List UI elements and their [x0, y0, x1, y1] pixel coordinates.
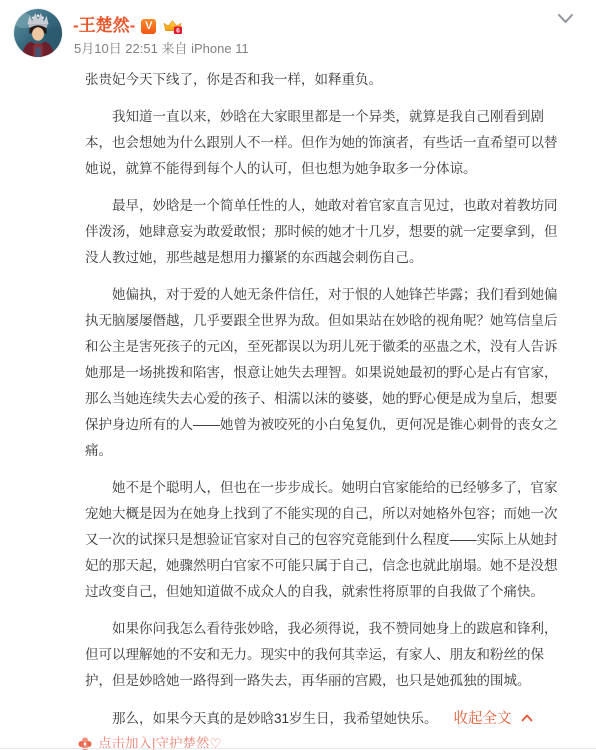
post-paragraph: 那么，如果今天真的是妙晗31岁生日，我希望她快乐。收起全文 [85, 705, 570, 732]
divider [0, 748, 596, 749]
post-meta: 5月10日 22:51 来自 iPhone 11 [74, 41, 249, 56]
user-line: -王楚然- V 6 [73, 15, 183, 37]
avatar-portrait-image [14, 9, 62, 57]
svg-text:6: 6 [176, 27, 180, 34]
collapse-full-text-link[interactable]: 收起全文 [454, 711, 533, 727]
post-paragraph: 我知道一直以来，妙晗在大家眼里都是一个异类，就算是我自己刚看到剧本，也会想她为什… [85, 104, 570, 182]
post-paragraph: 她偏执，对于爱的人她无条件信任，对于恨的人她锋芒毕露；我们看到她偏执无脑屡屡僭越… [85, 282, 570, 464]
post-paragraph: 最早，妙晗是一个简单任性的人，她敢对着官家直言见过，也敢对着教坊同伴泼汤，她肆意… [85, 193, 570, 271]
post-paragraph-text: 那么，如果今天真的是妙晗31岁生日，我希望她快乐。 [85, 711, 438, 726]
source-prefix: 来自 [161, 41, 187, 56]
chevron-up-icon [521, 710, 533, 726]
weibo-post-card: -王楚然- V 6 5月10日 22:51 来自 [0, 0, 596, 750]
vip-crown-level-icon: 6 [162, 18, 183, 35]
chevron-down-icon[interactable] [557, 12, 574, 26]
post-paragraph: 如果你问我怎么看待张妙晗，我必须得说，我不赞同她身上的跋扈和锋利，但可以理解她的… [85, 616, 570, 694]
source-device[interactable]: iPhone 11 [191, 41, 249, 56]
avatar[interactable] [13, 8, 63, 58]
post-paragraph: 她不是个聪明人，但也在一步步成长。她明白官家能给的已经够多了，官家宠她大概是因为… [85, 475, 570, 605]
collapse-label: 收起全文 [454, 711, 512, 727]
post-header: -王楚然- V 6 5月10日 22:51 来自 [0, 0, 596, 58]
timestamp: 5月10日 22:51 [74, 41, 158, 56]
username[interactable]: -王楚然- [73, 15, 135, 37]
verified-v-icon: V [141, 19, 156, 34]
post-body: 张贵妃今天下线了，你是否和我一样，如释重负。 我知道一直以来，妙晗在大家眼里都是… [85, 67, 570, 732]
post-paragraph: 张贵妃今天下线了，你是否和我一样，如释重负。 [85, 67, 570, 93]
